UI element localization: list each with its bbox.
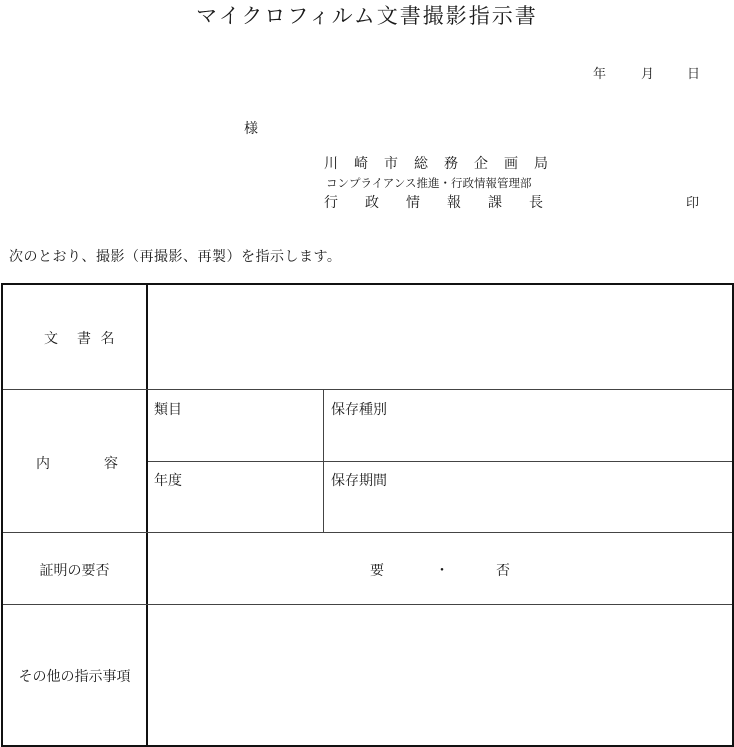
- certification-option-required[interactable]: 要: [370, 560, 384, 580]
- content-char: 内: [36, 453, 104, 473]
- certification-label: 証明の要否: [3, 560, 146, 580]
- instruction-text: 次のとおり、撮影（再撮影、再製）を指示します。: [9, 246, 341, 266]
- issuer-bureau-char: 崎: [354, 153, 384, 173]
- doc-name-char: 文: [35, 328, 68, 348]
- content-char: 容: [104, 453, 118, 473]
- seal-mark: 印: [686, 192, 699, 211]
- other-instructions-label: その他の指示事項: [3, 666, 146, 686]
- date-month-label: 月: [641, 63, 654, 82]
- issuer-department: コンプライアンス推進・行政情報管理部: [326, 175, 532, 191]
- date-day-label: 日: [687, 63, 700, 82]
- doc-name-label: 文書名: [3, 328, 146, 348]
- instruction-form-table: 文書名 内容 類目 保存種別 年度 保存期間 証明の要否 要 ・ 否 その他の指…: [1, 283, 734, 747]
- issuer-bureau-char: 企: [474, 153, 504, 173]
- issuer-section-chief: 行政情報課長: [324, 192, 549, 212]
- issuer-bureau-char: 画: [504, 153, 534, 173]
- issuer-section-char: 情: [406, 192, 447, 212]
- issuer-bureau-char: 局: [534, 153, 554, 173]
- doc-name-char: 書: [68, 328, 101, 348]
- fiscal-year-field[interactable]: [148, 462, 323, 532]
- addressee-suffix: 様: [244, 118, 258, 138]
- issuer-section-char: 課: [488, 192, 529, 212]
- issuer-bureau: 川崎市総務企画局: [324, 153, 554, 173]
- document-title: マイクロフィルム文書撮影指示書: [0, 0, 734, 30]
- issuer-bureau-char: 市: [384, 153, 414, 173]
- retention-period-field[interactable]: [324, 462, 732, 532]
- issuer-section-char: 政: [365, 192, 406, 212]
- certification-separator: ・: [435, 560, 449, 580]
- storage-type-field[interactable]: [324, 390, 732, 461]
- certification-option-not-required[interactable]: 否: [496, 560, 510, 580]
- other-instructions-field[interactable]: [148, 605, 732, 745]
- doc-name-char: 名: [101, 328, 115, 348]
- category-field[interactable]: [148, 390, 323, 461]
- doc-name-field[interactable]: [148, 285, 732, 389]
- issuer-section-char: 行: [324, 192, 365, 212]
- issuer-section-char: 報: [447, 192, 488, 212]
- content-label: 内容: [36, 453, 118, 473]
- issuer-section-char: 長: [529, 192, 549, 212]
- issuer-bureau-char: 務: [444, 153, 474, 173]
- date-year-label: 年: [593, 63, 606, 82]
- issuer-bureau-char: 川: [324, 153, 354, 173]
- issuer-bureau-char: 総: [414, 153, 444, 173]
- row-divider: [3, 532, 732, 533]
